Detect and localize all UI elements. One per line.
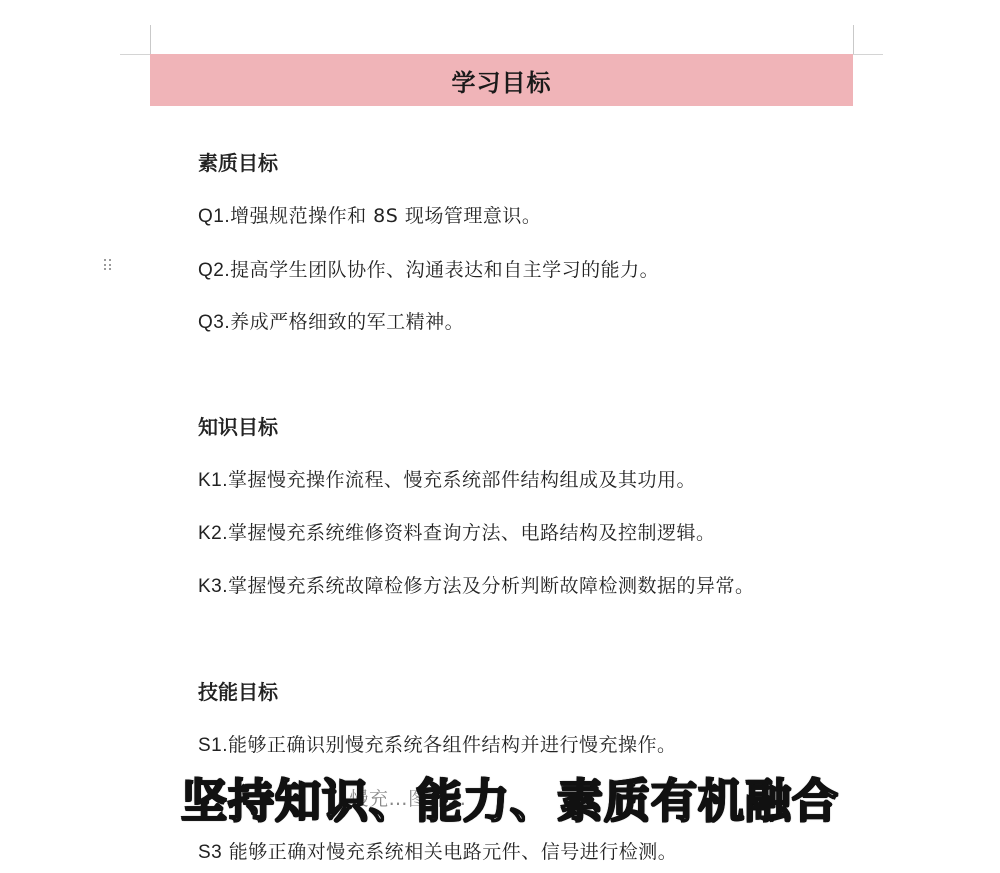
crop-mark-left-horizontal: [120, 54, 150, 55]
section-heading-skills: 技能目标: [198, 676, 278, 705]
item-code: Q3.: [198, 312, 230, 333]
section-heading-quality: 素质目标: [198, 147, 278, 176]
item-code: K1.: [198, 470, 228, 491]
item-text: 养成严格细致的军工精神。: [230, 311, 464, 333]
item-text: 增强规范操作和 8S 现场管理意识。: [230, 205, 541, 227]
item-text: 掌握慢充系统故障检修方法及分析判断故障检测数据的异常。: [228, 575, 755, 597]
list-item-q3: Q3.养成严格细致的军工精神。: [198, 307, 464, 334]
section-heading-knowledge: 知识目标: [198, 411, 278, 440]
list-item-k2: K2.掌握慢充系统维修资料查询方法、电路结构及控制逻辑。: [198, 518, 716, 545]
item-text: 提高学生团队协作、沟通表达和自主学习的能力。: [230, 259, 659, 281]
list-item-k1: K1.掌握慢充操作流程、慢充系统部件结构组成及其功用。: [198, 465, 696, 492]
crop-mark-left-vertical: [150, 25, 151, 54]
crop-mark-right-vertical: [853, 25, 854, 54]
crop-mark-right-horizontal: [853, 54, 883, 55]
item-code: K2.: [198, 523, 228, 544]
list-item-k3: K3.掌握慢充系统故障检修方法及分析判断故障检测数据的异常。: [198, 571, 755, 598]
item-text: 掌握慢充操作流程、慢充系统部件结构组成及其功用。: [228, 469, 696, 491]
item-text: 能够正确对慢充系统相关电路元件、信号进行检测。: [222, 841, 677, 863]
item-code: K3.: [198, 576, 228, 597]
item-code: Q2.: [198, 260, 230, 281]
item-text: 掌握慢充系统维修资料查询方法、电路结构及控制逻辑。: [228, 522, 716, 544]
subtitle-caption: 坚持知识、能力、素质有机融合: [180, 765, 840, 831]
list-item-q1: Q1.增强规范操作和 8S 现场管理意识。: [198, 201, 541, 228]
list-item-q2: Q2.提高学生团队协作、沟通表达和自主学习的能力。: [198, 255, 659, 282]
list-item-s3: S3 能够正确对慢充系统相关电路元件、信号进行检测。: [198, 837, 677, 864]
item-code: Q1.: [198, 206, 230, 227]
item-code: S1.: [198, 735, 228, 756]
page-title: 学习目标: [452, 63, 552, 98]
title-banner: 学习目标: [150, 54, 853, 106]
list-item-s1: S1.能够正确识别慢充系统各组件结构并进行慢充操作。: [198, 730, 677, 757]
item-code: S3: [198, 842, 222, 863]
paragraph-drag-handle-icon[interactable]: [104, 259, 112, 271]
item-text: 能够正确识别慢充系统各组件结构并进行慢充操作。: [228, 734, 677, 756]
